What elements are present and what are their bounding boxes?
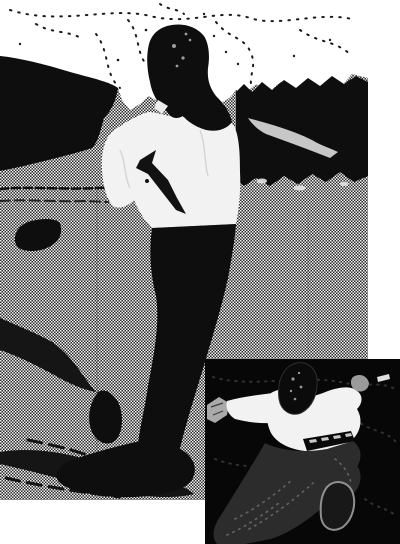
walking-man-trailing-foot <box>89 390 122 443</box>
ground-rock <box>15 219 61 251</box>
lying-man-shoe-sole <box>321 482 354 530</box>
inset-photo-art <box>205 359 400 544</box>
lying-man-figure <box>207 363 390 544</box>
cuff-glint <box>377 374 390 382</box>
treeline-silhouette <box>236 76 368 186</box>
newspaper-photo-canvas <box>0 0 400 544</box>
lying-man-left-hand <box>207 397 229 423</box>
chest-speck <box>145 179 149 183</box>
inset-photo <box>205 359 400 544</box>
walking-man-shoe <box>57 442 195 498</box>
foreground-shadow-left-wedge <box>0 318 96 392</box>
